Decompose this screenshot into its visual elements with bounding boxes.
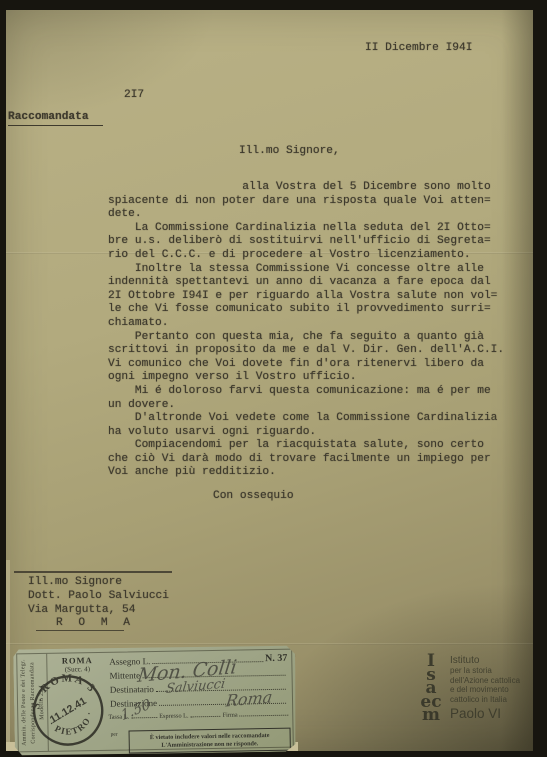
- isacem-wordmark: Istituto per la storia dell'Azione catto…: [450, 655, 520, 723]
- isacem-logo-letters: I s a ec m: [416, 655, 446, 723]
- registered-label-text: Raccomandata: [8, 111, 103, 126]
- mittente-label: Mittente: [109, 670, 140, 681]
- scanned-letter-photo: II Dicembre I94I 2I7 Raccomandata Ill.mo…: [0, 0, 547, 757]
- recipient-street: Via Margutta, 54: [28, 604, 135, 618]
- watermark-line: dell'Azione cattolica: [450, 676, 520, 686]
- recipient-rule: [14, 571, 172, 573]
- recipient-honorific: Ill.mo Signore: [28, 576, 122, 590]
- letter-date: II Dicembre I94I: [365, 42, 472, 56]
- warning-box: È vietato includere valori nelle raccoma…: [129, 728, 291, 754]
- registered-label: Raccomandata: [8, 111, 103, 125]
- firma-label: Firma: [223, 712, 238, 719]
- watermark-line: e del movimento: [450, 685, 520, 695]
- postal-receipt-slip: Ammin. delle Poste e dei Telegr. Corrisp…: [13, 645, 297, 757]
- left-sheet-edge: [6, 560, 10, 751]
- recipient-city: R O M A: [56, 617, 135, 631]
- warning-line2: L'Amministrazione non ne risponde.: [161, 740, 258, 749]
- watermark-line: Paolo VI: [450, 706, 520, 722]
- espresso-label: Espresso L.: [159, 712, 189, 720]
- protocol-number: 2I7: [124, 89, 144, 103]
- dotted-line: [240, 714, 289, 717]
- watermark-line: Istituto: [450, 655, 520, 666]
- watermark-line: cattolico in Italia: [450, 695, 520, 705]
- closing-line: Con ossequio: [213, 490, 294, 504]
- logo-letter: m: [422, 709, 440, 723]
- letter-body: alla Vostra del 5 Dicembre sono molto sp…: [108, 181, 504, 480]
- archive-watermark: I s a ec m Istituto per la storia dell'A…: [416, 655, 532, 723]
- dotted-line: [191, 715, 221, 718]
- watermark-line: per la storia: [450, 666, 520, 676]
- recipient-city-underline: [36, 630, 124, 631]
- salutation: Ill.mo Signore,: [239, 145, 340, 159]
- recipient-name: Dott. Paolo Salviucci: [28, 590, 169, 604]
- receipt-number: N. 37: [265, 653, 287, 664]
